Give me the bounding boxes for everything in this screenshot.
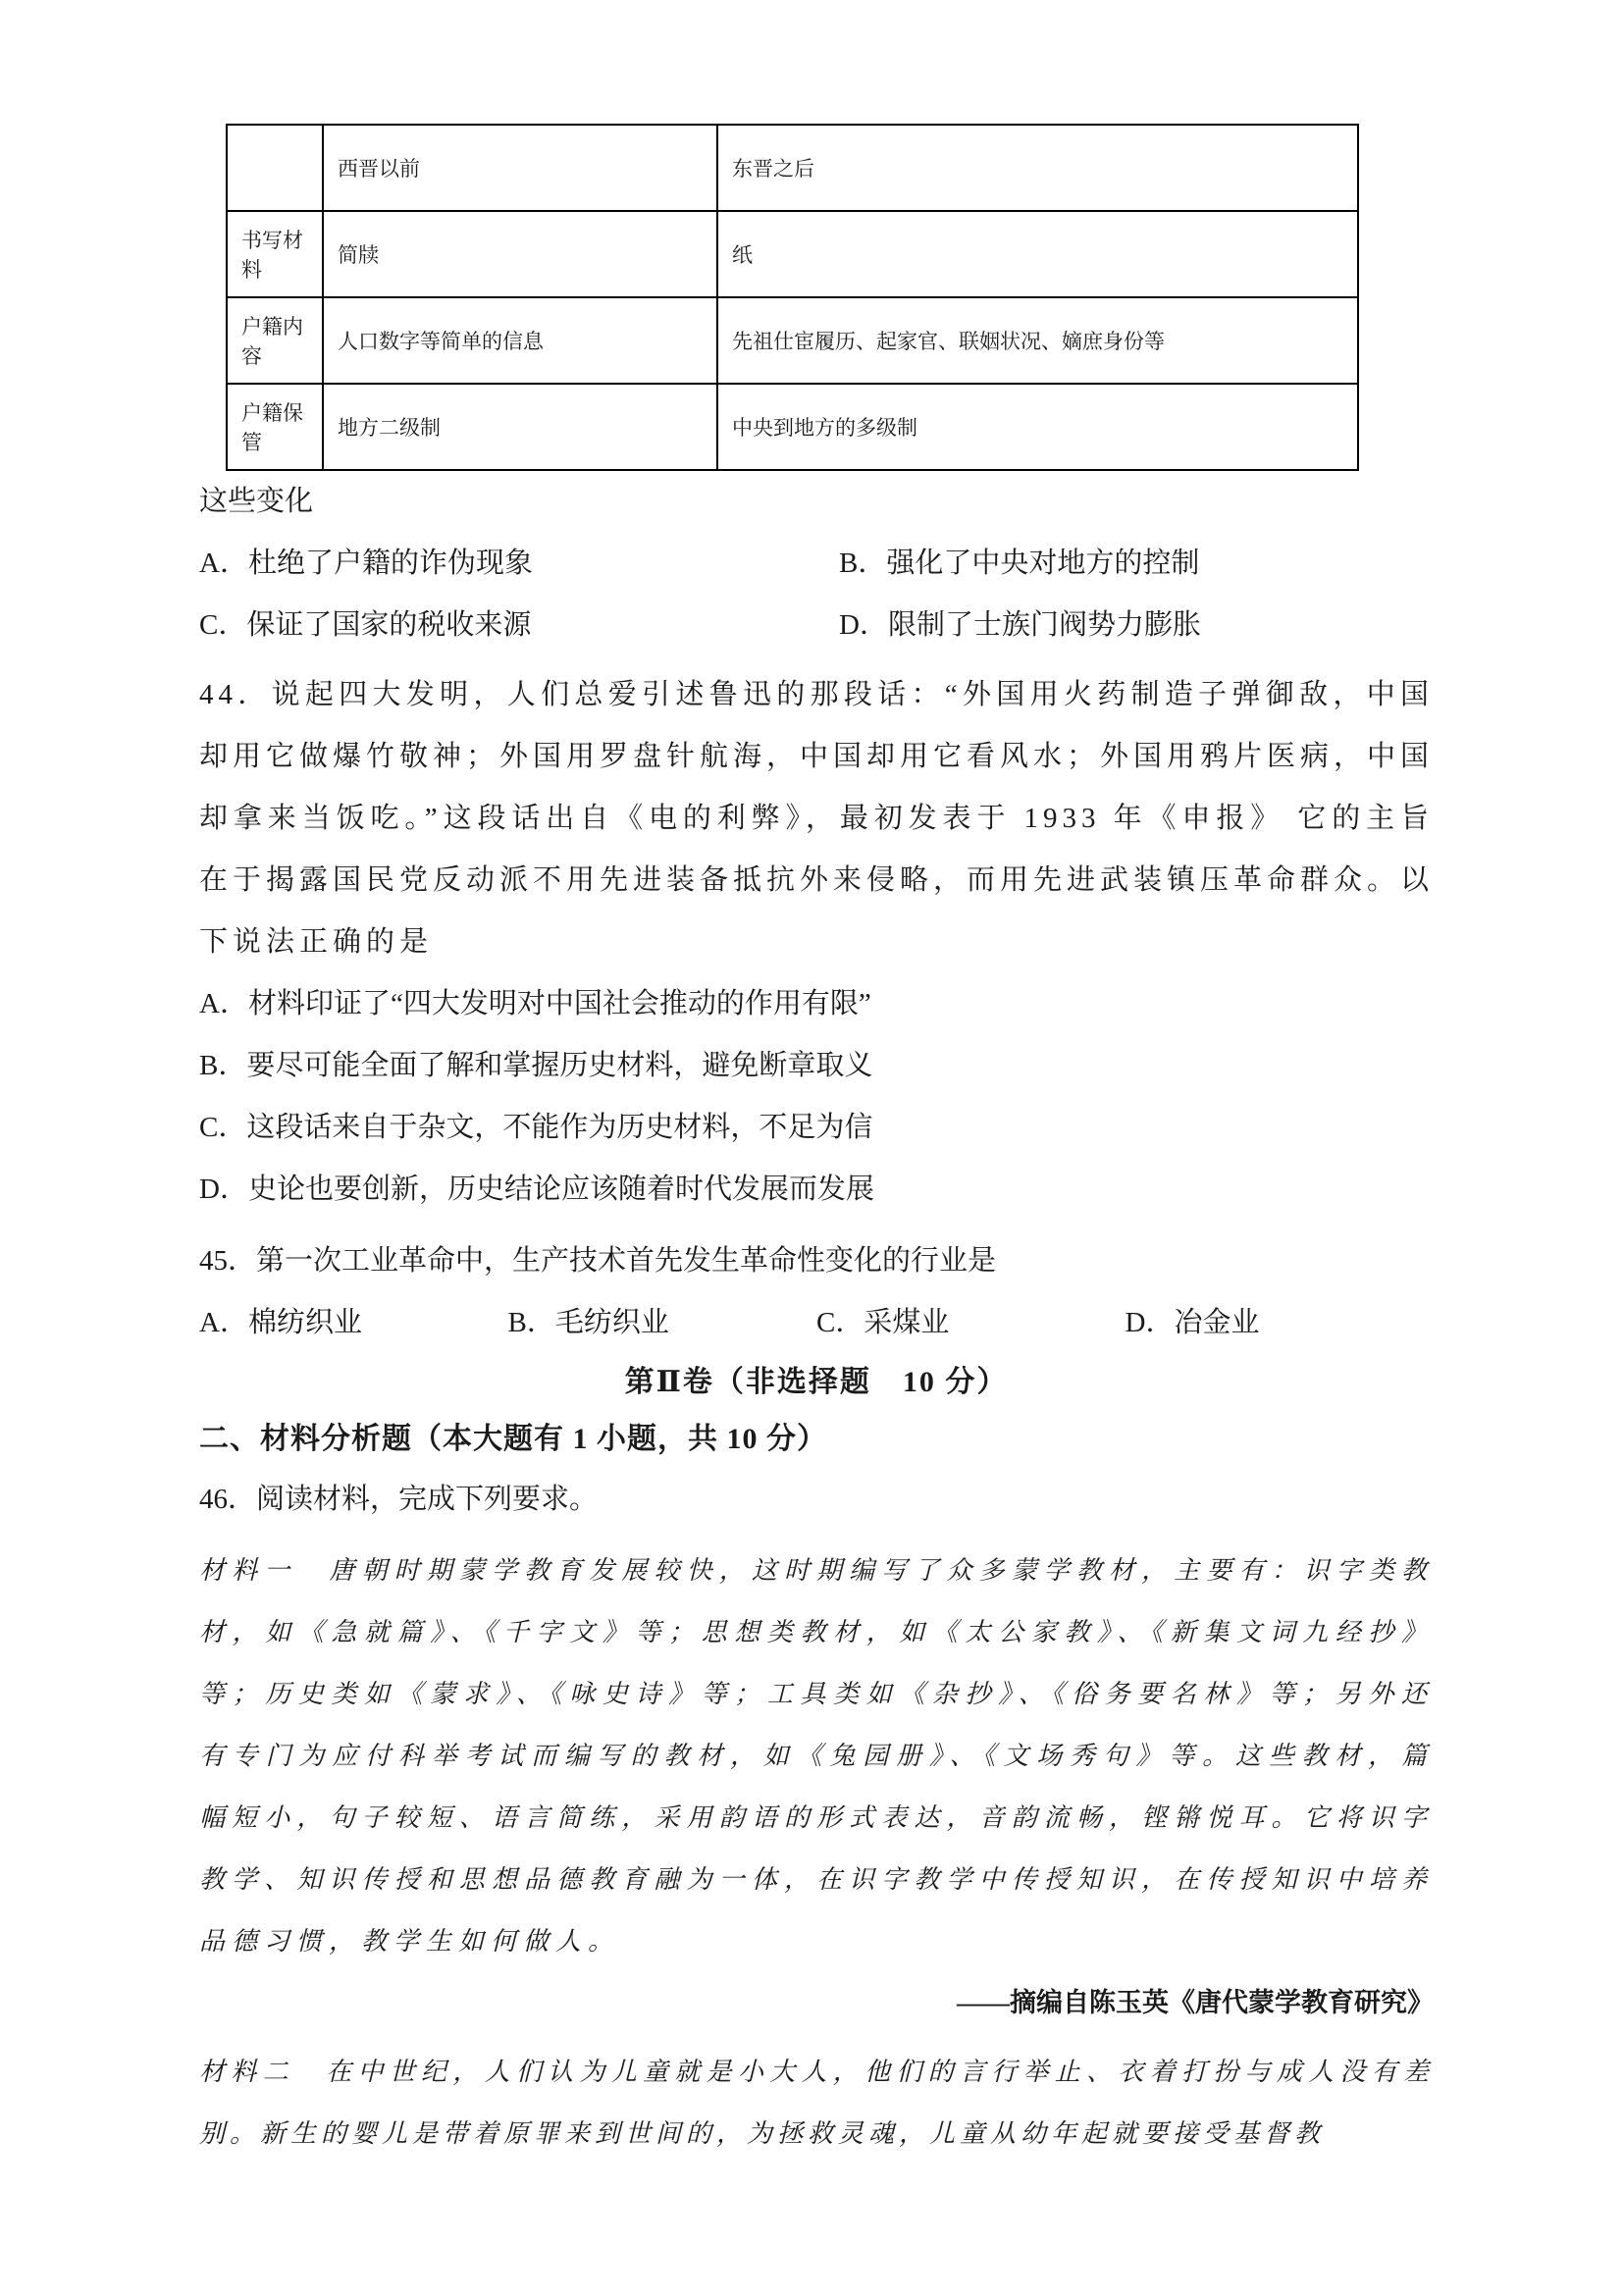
row-after-value: 先祖仕宦履历、起家官、联姻状况、嫡庶身份等 [717,297,1358,384]
q44-option-b: B．要尽可能全面了解和掌握历史材料，避免断章取义 [199,1035,1434,1097]
q46-material1-source: ——摘编自陈玉英《唐代蒙学教育研究》 [199,1972,1434,2033]
row-before-value: 简牍 [323,211,717,297]
q45-option-b: B．毛纺织业 [508,1292,817,1354]
q43-option-a: A．杜绝了户籍的诈伪现象 [199,533,839,595]
q43-option-d: D．限制了士族门阀势力膨胀 [839,595,1434,656]
q45-option-c: C．采煤业 [816,1292,1126,1354]
row-label: 户籍内容 [227,297,323,384]
exam-document-page: 西晋以前 东晋之后 书写材料 简牍 纸 户籍内容 人口数字等简单的信息 先祖仕宦… [0,0,1623,2296]
row-label: 书写材料 [227,211,323,297]
q44-option-c: C．这段话来自于杂文，不能作为历史材料，不足为信 [199,1097,1434,1159]
row-before-value: 人口数字等简单的信息 [323,297,717,384]
table-header-after: 东晋之后 [717,125,1358,211]
row-label: 户籍保管 [227,384,323,470]
table-header-before: 西晋以前 [323,125,717,211]
section2-heading: 二、材料分析题（本大题有 1 小题，共 10 分） [199,1410,1434,1469]
row-after-value: 纸 [717,211,1358,297]
q44-option-d: D．史论也要创新，历史结论应该随着时代发展而发展 [199,1159,1434,1221]
q43-option-b: B．强化了中央对地方的控制 [839,533,1434,595]
q45-option-d: D．冶金业 [1126,1292,1435,1354]
table-row-writing-material: 书写材料 简牍 纸 [227,211,1358,297]
q45-option-a: A．棉纺织业 [199,1292,508,1354]
q45-stem: 45．第一次工业革命中，生产技术首先发生革命性变化的行业是 [199,1230,1434,1292]
hukou-comparison-table: 西晋以前 东晋之后 书写材料 简牍 纸 户籍内容 人口数字等简单的信息 先祖仕宦… [226,124,1359,471]
page-content: 西晋以前 东晋之后 书写材料 简牍 纸 户籍内容 人口数字等简单的信息 先祖仕宦… [199,0,1434,2165]
q44-option-a: A．材料印证了“四大发明对中国社会推动的作用有限” [199,973,1434,1035]
q45-options: A．棉纺织业 B．毛纺织业 C．采煤业 D．冶金业 [199,1292,1434,1354]
table-corner-cell [227,125,323,211]
row-after-value: 中央到地方的多级制 [717,384,1358,470]
part2-title: 第Ⅱ卷（非选择题 10 分） [199,1354,1434,1410]
q46-intro: 46．阅读材料，完成下列要求。 [199,1469,1434,1531]
q43-options: A．杜绝了户籍的诈伪现象 B．强化了中央对地方的控制 C．保证了国家的税收来源 … [199,533,1434,656]
q43-option-c: C．保证了国家的税收来源 [199,595,839,656]
q46-material1: 材料一 唐朝时期蒙学教育发展较快，这时期编写了众多蒙学教材，主要有：识字类教材，… [199,1539,1434,1972]
row-before-value: 地方二级制 [323,384,717,470]
table-row-register-keeping: 户籍保管 地方二级制 中央到地方的多级制 [227,384,1358,470]
q44-stem: 44．说起四大发明，人们总爱引述鲁迅的那段话：“外国用火药制造子弹御敌，中国却用… [199,664,1434,973]
table-row-register-content: 户籍内容 人口数字等简单的信息 先祖仕宦履历、起家官、联姻状况、嫡庶身份等 [227,297,1358,384]
table-header-row: 西晋以前 东晋之后 [227,125,1358,211]
q44-options: A．材料印证了“四大发明对中国社会推动的作用有限” B．要尽可能全面了解和掌握历… [199,973,1434,1221]
q43-stem-tail: 这些变化 [199,471,1434,533]
q46-material2: 材料二 在中世纪，人们认为儿童就是小大人，他们的言行举止、衣着打扮与成人没有差别… [199,2041,1434,2165]
